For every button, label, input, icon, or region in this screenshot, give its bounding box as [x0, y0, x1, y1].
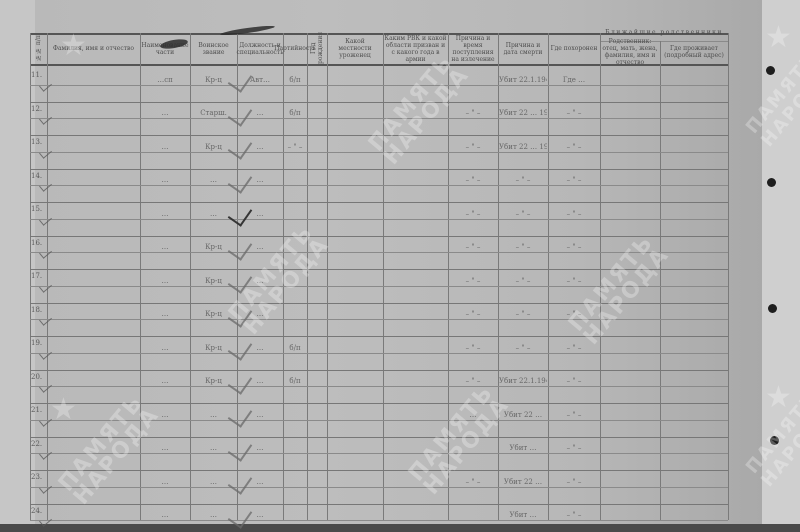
row-subline — [30, 85, 728, 86]
punch-hole — [767, 178, 776, 187]
cell-death: – " – — [499, 243, 547, 251]
cell-date_entered: – " – — [449, 310, 497, 318]
cell-death: – " – — [499, 344, 547, 352]
cell-death: – " – — [499, 176, 547, 184]
row-number: 20. — [31, 373, 42, 381]
star-watermark-icon: ★ — [765, 380, 792, 415]
star-watermark-icon: ★ — [60, 28, 87, 63]
cell-unit: … — [141, 310, 189, 318]
scan-bottom-edge — [0, 524, 800, 532]
column-divider — [660, 41, 661, 520]
row-subline — [30, 520, 728, 521]
cell-date_entered: – " – — [449, 478, 497, 486]
row-number: 15. — [31, 205, 42, 213]
cell-unit: … — [141, 511, 189, 519]
row-number: 18. — [31, 306, 42, 314]
cell-unit: … — [141, 377, 189, 385]
row-number: 22. — [31, 440, 42, 448]
row-subline — [30, 185, 728, 186]
column-divider — [383, 33, 384, 520]
cell-unit: … — [141, 109, 189, 117]
cell-death: – " – — [499, 210, 547, 218]
row-divider — [30, 504, 728, 505]
cell-party: б/п — [284, 344, 306, 352]
column-header-date_entered: Причина и время поступления на излечение — [449, 35, 497, 62]
row-subline — [30, 353, 728, 354]
row-subline — [30, 487, 728, 488]
row-number: 17. — [31, 272, 42, 280]
row-number: 13. — [31, 138, 42, 146]
column-header-relative: Родственник: отец, мать, жена, фамилия, … — [601, 42, 659, 62]
cell-unit: … — [141, 277, 189, 285]
cell-buried: – " – — [549, 444, 599, 452]
cell-buried: – " – — [549, 277, 599, 285]
cell-date_entered: – " – — [449, 344, 497, 352]
cell-buried: – " – — [549, 243, 599, 251]
row-number: 23. — [31, 473, 42, 481]
row-number: 14. — [31, 172, 42, 180]
cell-buried: – " – — [549, 511, 599, 519]
cell-death: Убит … — [499, 511, 547, 519]
cell-death: Убит 22 … — [499, 478, 547, 486]
row-divider — [30, 102, 728, 103]
row-divider — [30, 336, 728, 337]
cell-unit: … — [141, 344, 189, 352]
cell-unit: … — [141, 243, 189, 251]
row-number: 19. — [31, 339, 42, 347]
cell-date_entered: – " – — [449, 109, 497, 117]
cell-unit: …сп — [141, 76, 189, 84]
cell-unit: … — [141, 143, 189, 151]
cell-party: б/п — [284, 109, 306, 117]
cell-buried: – " – — [549, 478, 599, 486]
cell-unit: … — [141, 210, 189, 218]
cell-date_entered: – " – — [449, 210, 497, 218]
row-subline — [30, 219, 728, 220]
row-number: 11. — [31, 71, 42, 79]
column-header-buried: Где похоронен — [549, 35, 599, 62]
row-number: 16. — [31, 239, 42, 247]
cell-death: Убит 22.1.1944 — [499, 377, 547, 385]
cell-unit: … — [141, 444, 189, 452]
cell-party: б/п — [284, 377, 306, 385]
row-subline — [30, 386, 728, 387]
cell-buried: – " – — [549, 143, 599, 151]
column-header-rank: Воинское звание — [191, 35, 236, 62]
column-divider — [327, 33, 328, 520]
row-number: 24. — [31, 507, 42, 515]
cell-date_entered: – " – — [449, 277, 497, 285]
cell-buried: Где … — [549, 76, 599, 84]
column-header-birth_year: Год рождения — [308, 35, 326, 62]
cell-unit: … — [141, 176, 189, 184]
cell-date_entered: – " – — [449, 377, 497, 385]
cell-buried: – " – — [549, 109, 599, 117]
row-number: 12. — [31, 105, 42, 113]
column-header-num: №№ п/п — [31, 35, 46, 62]
cell-death: Убит 22 … 1944 — [499, 109, 547, 117]
cell-death: – " – — [499, 310, 547, 318]
cell-death: Убит 22 … 1944 — [499, 143, 547, 151]
relatives-group-title: Ближайшие родственники — [600, 29, 728, 36]
column-header-death: Причина и дата смерти — [499, 35, 547, 62]
row-divider — [30, 470, 728, 471]
star-watermark-icon: ★ — [50, 392, 77, 427]
cell-death: – " – — [499, 277, 547, 285]
cell-buried: – " – — [549, 377, 599, 385]
cell-buried: – " – — [549, 411, 599, 419]
cell-date_entered: – " – — [449, 176, 497, 184]
cell-buried: – " – — [549, 210, 599, 218]
column-header-party: Партийность — [284, 35, 306, 62]
cell-party: б/п — [284, 76, 306, 84]
row-divider — [30, 236, 728, 237]
row-divider — [30, 202, 728, 203]
punch-hole — [766, 66, 775, 75]
row-divider — [30, 169, 728, 170]
cell-death: Убит 22.1.1944 — [499, 76, 547, 84]
cell-death: Убит … — [499, 444, 547, 452]
cell-unit: … — [141, 478, 189, 486]
cell-date_entered: – " – — [449, 143, 497, 151]
row-divider — [30, 370, 728, 371]
row-number: 21. — [31, 406, 42, 414]
column-header-address: Где проживает (подробный адрес) — [661, 42, 727, 62]
star-watermark-icon: ★ — [765, 20, 792, 55]
column-header-birthplace: Какой местности уроженец — [328, 35, 382, 62]
punch-hole — [768, 304, 777, 313]
column-divider — [728, 33, 729, 520]
cell-party: – " – — [284, 143, 306, 151]
row-subline — [30, 118, 728, 119]
cell-date_entered: – " – — [449, 243, 497, 251]
cell-buried: – " – — [549, 176, 599, 184]
